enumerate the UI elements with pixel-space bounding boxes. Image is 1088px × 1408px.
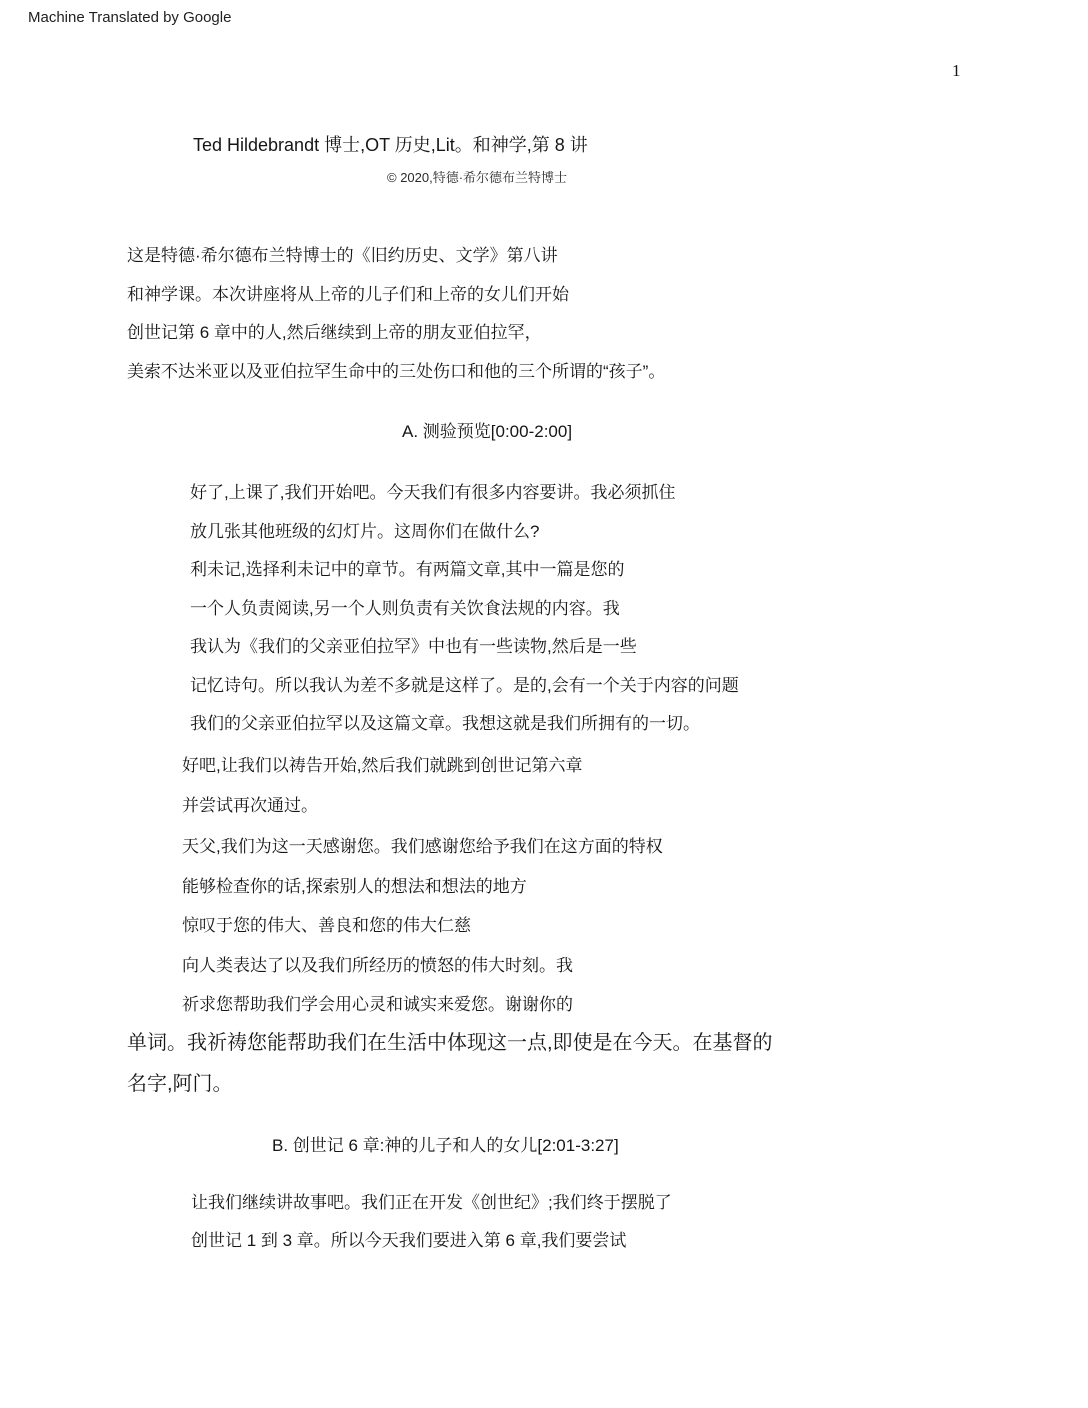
section-a-paragraph-2: 好吧,让我们以祷告开始,然后我们就跳到创世记第六章并尝试再次通过。 (127, 746, 967, 826)
text-line: 利未记,选择利未记中的章节。有两篇文章,其中一篇是您的 (127, 551, 967, 590)
prayer-closing-paragraph: 单词。我祈祷您能帮助我们在生活中体现这一点,即使是在今天。在基督的名字,阿门。 (127, 1023, 967, 1105)
text-line: 创世记 1 到 3 章。所以今天我们要进入第 6 章,我们要尝试 (127, 1222, 967, 1260)
text-line: 向人类表达了以及我们所经历的愤怒的伟大时刻。我 (127, 946, 967, 986)
prayer-paragraph: 天父,我们为这一天感谢您。我们感谢您给予我们在这方面的特权能够检查你的话,探索别… (127, 827, 967, 1025)
page-number: 1 (952, 60, 961, 82)
text-line: 并尝试再次通过。 (127, 786, 967, 826)
section-b-heading: B. 创世记 6 章:神的儿子和人的女儿[2:01-3:27] (272, 1133, 619, 1159)
text-line: 单词。我祈祷您能帮助我们在生活中体现这一点,即使是在今天。在基督的 (127, 1023, 967, 1064)
text-line: 祈求您帮助我们学会用心灵和诚实来爱您。谢谢你的 (127, 985, 967, 1025)
text-line: 名字,阿门。 (127, 1064, 967, 1105)
text-line: 好了,上课了,我们开始吧。今天我们有很多内容要讲。我必须抓住 (127, 474, 967, 513)
text-line: 让我们继续讲故事吧。我们正在开发《创世纪》;我们终于摆脱了 (127, 1184, 967, 1222)
text-line: 天父,我们为这一天感谢您。我们感谢您给予我们在这方面的特权 (127, 827, 967, 867)
text-line: 惊叹于您的伟大、善良和您的伟大仁慈 (127, 906, 967, 946)
page-title: Ted Hildebrandt 博士,OT 历史,Lit。和神学,第 8 讲 (193, 133, 588, 157)
text-line: 能够检查你的话,探索别人的想法和想法的地方 (127, 867, 967, 907)
section-a-paragraph-1: 好了,上课了,我们开始吧。今天我们有很多内容要讲。我必须抓住放几张其他班级的幻灯… (127, 474, 967, 744)
text-line: 记忆诗句。所以我认为差不多就是这样了。是的,会有一个关于内容的问题 (127, 667, 967, 706)
intro-paragraph: 这是特德·希尔德布兰特博士的《旧约历史、文学》第八讲和神学课。本次讲座将从上帝的… (127, 237, 967, 392)
translator-note: Machine Translated by Google (28, 8, 231, 28)
section-b-paragraph-1: 让我们继续讲故事吧。我们正在开发《创世纪》;我们终于摆脱了创世记 1 到 3 章… (127, 1184, 967, 1260)
text-line: 我认为《我们的父亲亚伯拉罕》中也有一些读物,然后是一些 (127, 628, 967, 667)
text-line: 我们的父亲亚伯拉罕以及这篇文章。我想这就是我们所拥有的一切。 (127, 705, 967, 744)
text-line: 这是特德·希尔德布兰特博士的《旧约历史、文学》第八讲 (127, 237, 967, 276)
text-line: 放几张其他班级的幻灯片。这周你们在做什么? (127, 513, 967, 552)
text-line: 创世记第 6 章中的人,然后继续到上帝的朋友亚伯拉罕， (127, 314, 967, 353)
document-page: Machine Translated by Google 1 Ted Hilde… (0, 0, 1088, 1408)
section-a-heading: A. 测验预览[0:00-2:00] (402, 419, 572, 445)
text-line: 美索不达米亚以及亚伯拉罕生命中的三处伤口和他的三个所谓的“孩子”。 (127, 353, 967, 392)
text-line: 一个人负责阅读,另一个人则负责有关饮食法规的内容。我 (127, 590, 967, 629)
text-line: 和神学课。本次讲座将从上帝的儿子们和上帝的女儿们开始 (127, 276, 967, 315)
copyright-line: © 2020,特德·希尔德布兰特博士 (387, 169, 567, 187)
text-line: 好吧,让我们以祷告开始,然后我们就跳到创世记第六章 (127, 746, 967, 786)
